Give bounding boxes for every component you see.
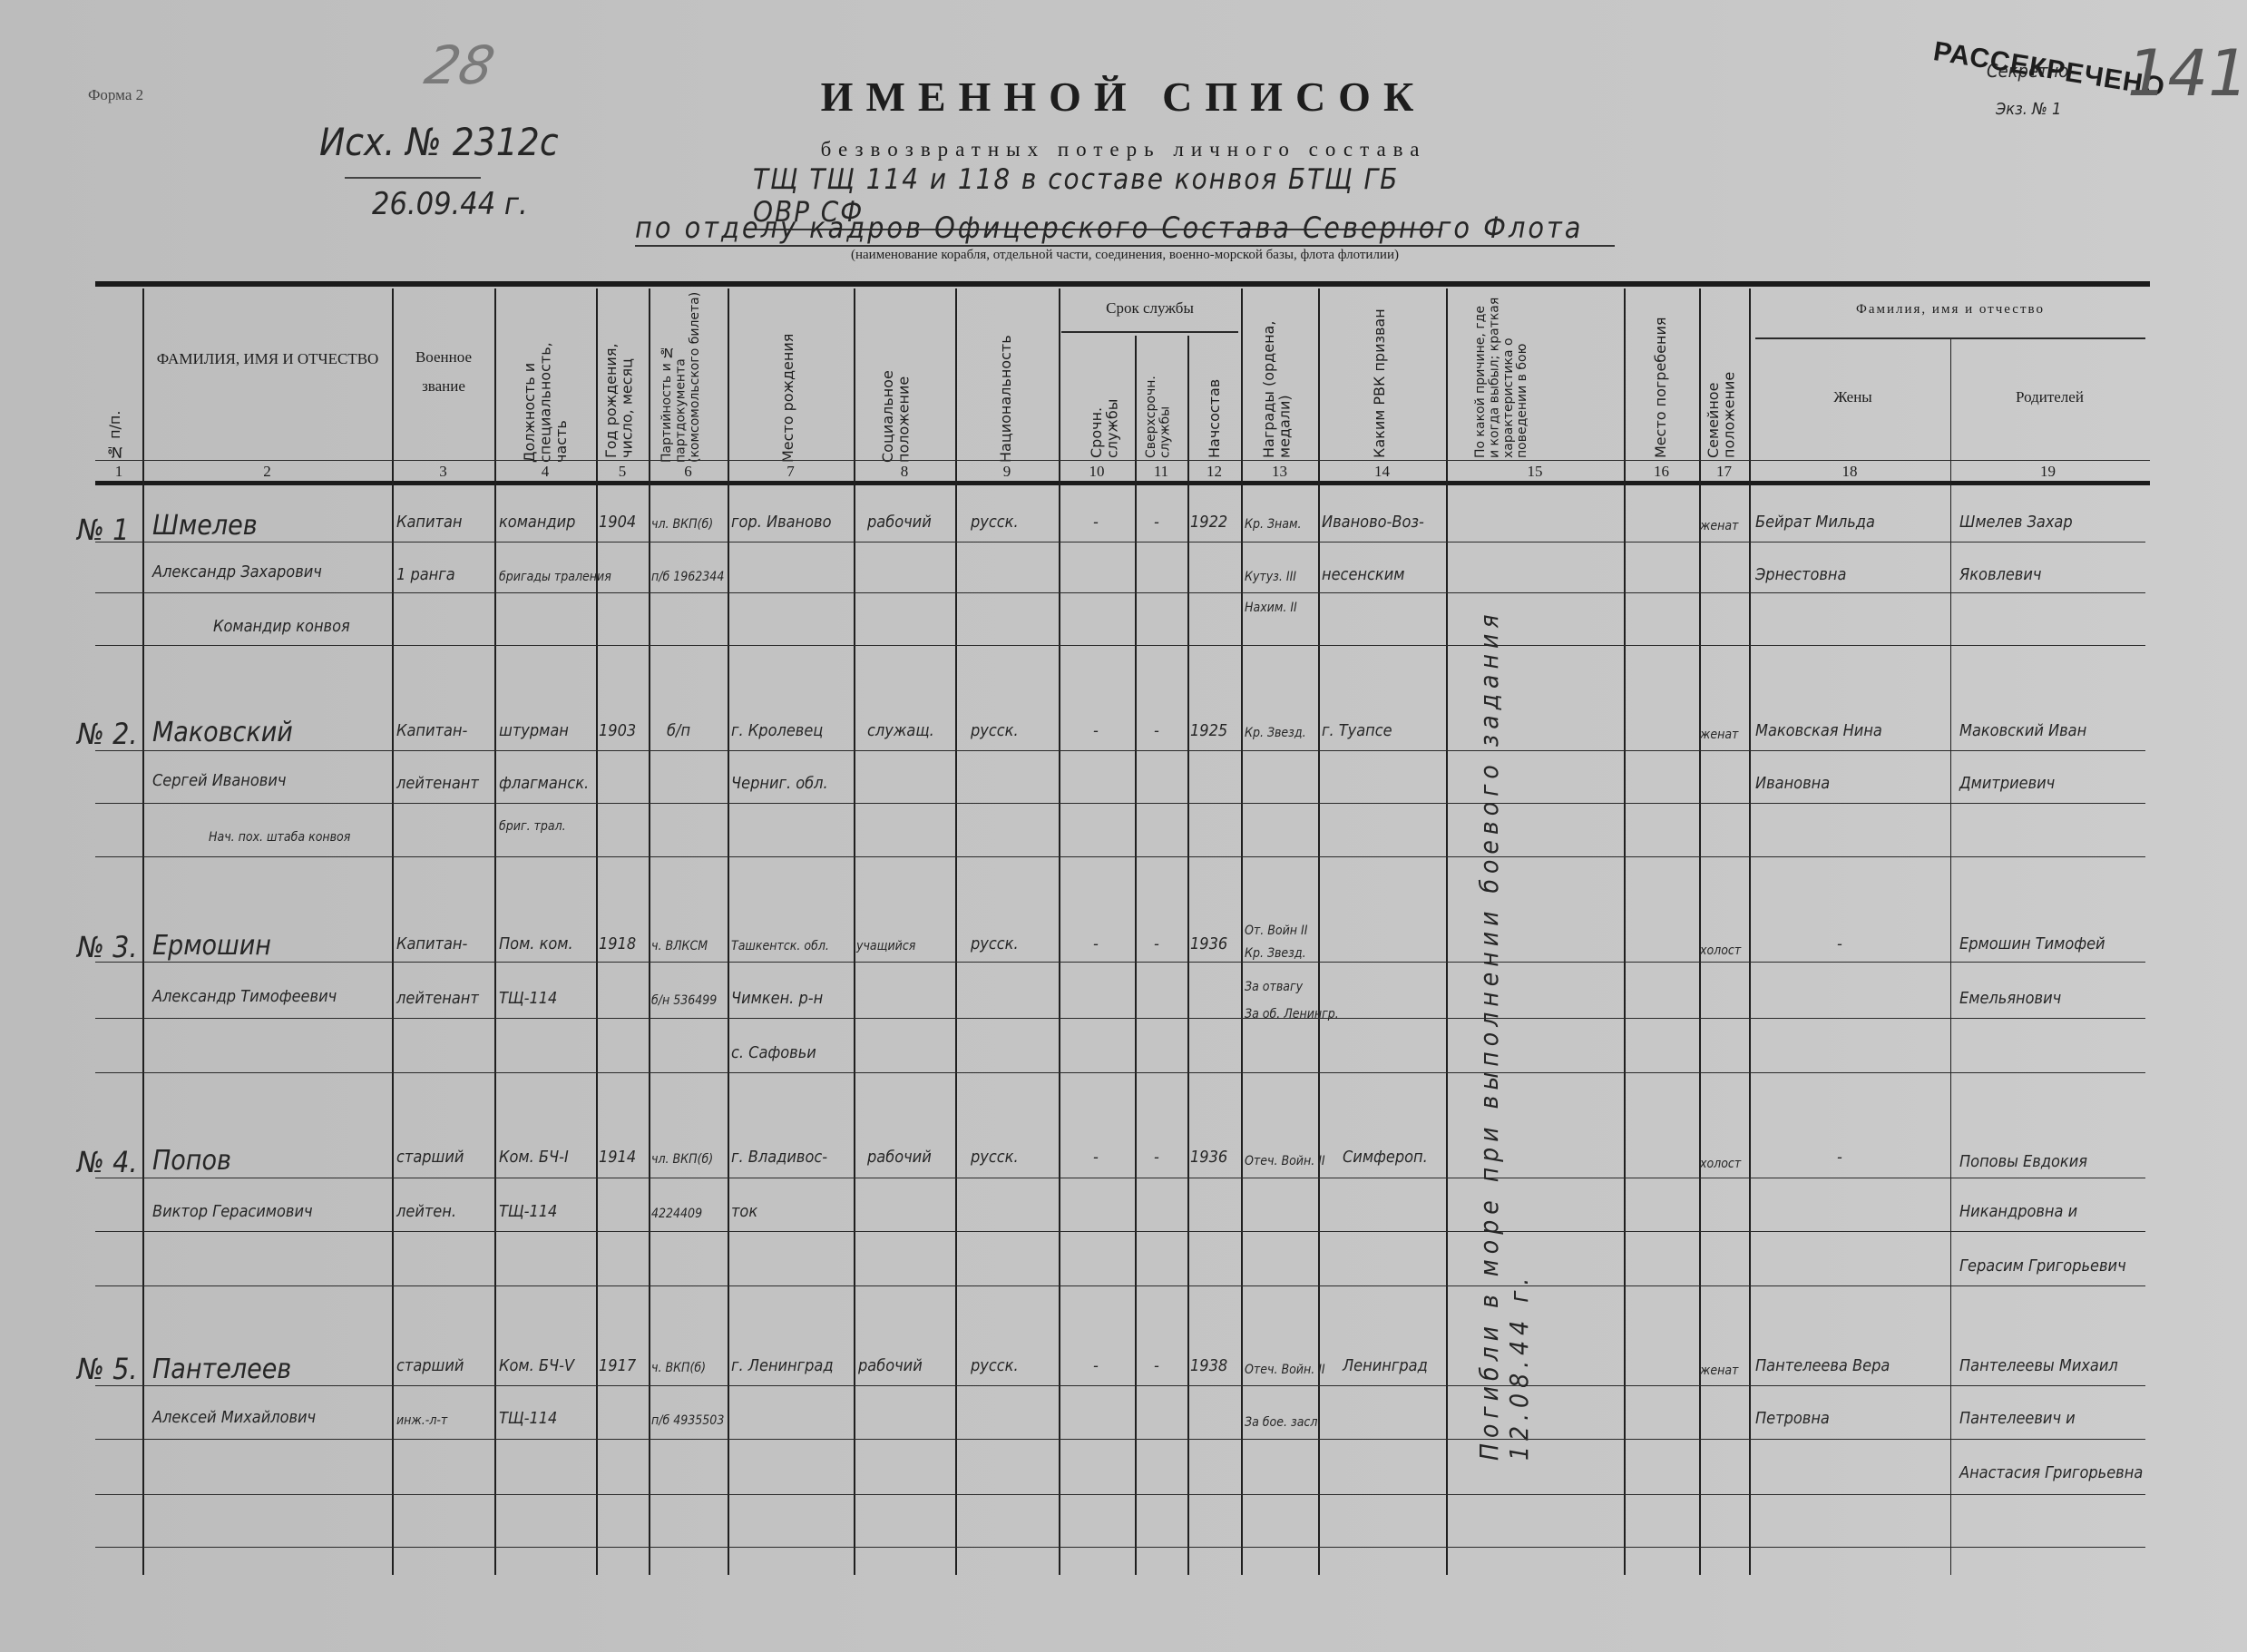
col-num-3: 3 bbox=[392, 463, 494, 481]
wife-name: Петровна bbox=[1755, 1409, 1830, 1428]
col-num-2: 2 bbox=[142, 463, 392, 481]
position: ТЩ-114 bbox=[499, 989, 557, 1008]
social-status: рабочий bbox=[867, 1148, 932, 1167]
row-line bbox=[95, 592, 2145, 593]
birthplace: Черниг. обл. bbox=[731, 774, 828, 793]
birthplace: ток bbox=[731, 1202, 757, 1221]
row-line bbox=[95, 803, 2145, 804]
row-line bbox=[95, 1285, 2145, 1286]
row-number: № 4. bbox=[77, 1145, 138, 1179]
family-status: женат bbox=[1700, 519, 1738, 533]
rvk: Симфероп. bbox=[1343, 1148, 1428, 1167]
row-line bbox=[95, 1385, 2145, 1386]
award: Кр. Звезд. bbox=[1245, 946, 1306, 961]
party: п/б 1962344 bbox=[651, 570, 724, 584]
position: ТЩ-114 bbox=[499, 1202, 557, 1221]
surname: Маковский bbox=[152, 717, 293, 748]
stamp-copy: Экз. № 1 bbox=[1996, 100, 2061, 119]
social-status: учащийся bbox=[856, 939, 915, 953]
first-name-patronymic: Виктор Герасимович bbox=[152, 1202, 313, 1221]
row-line bbox=[95, 856, 2145, 857]
party: 4224409 bbox=[651, 1207, 702, 1221]
award: За бое. засл. bbox=[1245, 1415, 1321, 1430]
col-divider bbox=[955, 288, 957, 1575]
parents-name: Поповы Евдокия bbox=[1959, 1152, 2087, 1171]
parents-name: Герасим Григорьевич bbox=[1959, 1256, 2126, 1276]
parents-name: Ермошин Тимофей bbox=[1959, 934, 2105, 953]
award: За отвагу bbox=[1245, 980, 1303, 994]
parents-name: Анастасия Григорьевна bbox=[1959, 1463, 2143, 1482]
header-col-4: Должность и специальность, часть bbox=[522, 299, 572, 463]
row-line bbox=[95, 645, 2145, 646]
col-num-11: 11 bbox=[1135, 463, 1187, 481]
col-num-16: 16 bbox=[1624, 463, 1699, 481]
document-title: ИМЕННОЙ СПИСОК bbox=[0, 73, 2247, 121]
parents-name: Яковлевич bbox=[1959, 565, 2041, 584]
unit-caption: (наименование корабля, отдельной части, … bbox=[635, 248, 1615, 263]
award: Отеч. Войн. II bbox=[1245, 1154, 1325, 1168]
col-num-18: 18 bbox=[1749, 463, 1950, 481]
rank: инж.-л-т bbox=[396, 1413, 447, 1428]
rank: старший bbox=[396, 1356, 464, 1375]
parents-name: Шмелев Захар bbox=[1959, 513, 2073, 532]
wife-name: Ивановна bbox=[1755, 774, 1830, 793]
header-col-2: ФАМИЛИЯ, ИМЯ И ОТЧЕСТВО bbox=[145, 345, 390, 374]
position: штурман bbox=[499, 721, 569, 740]
header-col-15: По какой причине, где и когда выбыл; кра… bbox=[1474, 295, 1592, 458]
rvk: Иваново-Воз- bbox=[1322, 513, 1424, 532]
cause-of-loss: Погибли в море при выполнении боевого за… bbox=[1474, 544, 1583, 1461]
header-col-17: Семейное положение bbox=[1705, 299, 1742, 458]
outgoing-divider bbox=[345, 177, 481, 179]
social-status: служащ. bbox=[867, 721, 934, 740]
sverhsrochn: - bbox=[1154, 934, 1159, 953]
birthplace: г. Кролевец bbox=[731, 721, 823, 740]
header-col-19: Родителей bbox=[1952, 388, 2147, 406]
sverhsrochn: - bbox=[1154, 1148, 1159, 1167]
col-divider bbox=[1059, 288, 1060, 1575]
col-divider bbox=[392, 288, 394, 1575]
header-col-6: Партийность и № партдокумента (комсомоль… bbox=[660, 288, 720, 463]
row-line bbox=[95, 1494, 2145, 1495]
srochn: - bbox=[1093, 513, 1099, 532]
position: флагманск. bbox=[499, 774, 589, 793]
row-note: Командир конвоя bbox=[213, 617, 350, 636]
col-divider bbox=[1749, 288, 1751, 1575]
row-line bbox=[95, 1547, 2145, 1548]
numbers-divider bbox=[95, 460, 2150, 461]
col-divider bbox=[1699, 288, 1701, 1575]
rvk: Ленинград bbox=[1343, 1356, 1428, 1375]
col-divider bbox=[1241, 288, 1243, 1575]
surname: Шмелев bbox=[152, 510, 258, 542]
rank: лейтенант bbox=[396, 774, 479, 793]
wife-name: - bbox=[1837, 934, 1842, 953]
row-number: № 2. bbox=[77, 717, 138, 751]
col-num-17: 17 bbox=[1699, 463, 1749, 481]
rank: лейтен. bbox=[396, 1202, 456, 1221]
party: б/п bbox=[667, 721, 690, 740]
wife-name: Маковская Нина bbox=[1755, 721, 1882, 740]
header-service-term: Срок службы bbox=[1061, 299, 1238, 318]
header-col-11: Сверхсрочн. службы bbox=[1145, 345, 1177, 458]
col-divider bbox=[1135, 336, 1137, 1575]
header-bottom-rule bbox=[95, 481, 2150, 485]
social-status: рабочий bbox=[858, 1356, 923, 1375]
col-divider bbox=[1446, 288, 1448, 1575]
position: Пом. ком. bbox=[499, 934, 573, 953]
parents-name: Маковский Иван bbox=[1959, 721, 2086, 740]
birth-year: 1903 bbox=[599, 721, 636, 740]
row-line bbox=[95, 1018, 2145, 1019]
row-number: № 1 bbox=[77, 513, 129, 547]
position: Ком. БЧ-I bbox=[499, 1148, 569, 1167]
rank: Капитан- bbox=[396, 721, 467, 740]
rank: лейтенант bbox=[396, 989, 479, 1008]
birth-year: 1914 bbox=[599, 1148, 636, 1167]
header-col-3: Военное звание bbox=[396, 343, 492, 402]
col-divider bbox=[728, 288, 729, 1575]
rank: старший bbox=[396, 1148, 464, 1167]
header-col-16: Место погребения bbox=[1653, 308, 1669, 458]
header-col-8: Социальное положение bbox=[880, 308, 925, 463]
social-status: рабочий bbox=[867, 513, 932, 532]
department-line: по отделу кадров Офицерского Состава Сев… bbox=[635, 210, 1615, 247]
nachsostav: 1938 bbox=[1190, 1356, 1227, 1375]
award: От. Войн II bbox=[1245, 924, 1307, 938]
sverhsrochn: - bbox=[1154, 1356, 1159, 1375]
nationality: русск. bbox=[971, 513, 1019, 532]
col-divider bbox=[596, 288, 598, 1575]
first-name-patronymic: Александр Тимофеевич bbox=[152, 987, 337, 1006]
family-status: холост bbox=[1700, 943, 1741, 958]
parents-name: Емельянович bbox=[1959, 989, 2061, 1008]
col-divider bbox=[1950, 338, 1951, 1575]
wife-name: Бейрат Мильда bbox=[1755, 513, 1875, 532]
award: Отеч. Войн. II bbox=[1245, 1363, 1325, 1377]
row-number: № 5. bbox=[77, 1352, 138, 1386]
position: Ком. БЧ-V bbox=[499, 1356, 574, 1375]
srochn: - bbox=[1093, 1356, 1099, 1375]
family-status: холост bbox=[1700, 1157, 1741, 1171]
col-num-13: 13 bbox=[1241, 463, 1318, 481]
award: За об. Ленингр. bbox=[1245, 1007, 1339, 1022]
position: бригады траления bbox=[499, 570, 611, 584]
rank: Капитан- bbox=[396, 934, 467, 953]
award: Кр. Знам. bbox=[1245, 517, 1301, 532]
parents-name: Пантелеевич и bbox=[1959, 1409, 2076, 1428]
wife-name: Пантелеева Вера bbox=[1755, 1356, 1890, 1375]
position: ТЩ-114 bbox=[499, 1409, 557, 1428]
position: командир bbox=[499, 513, 575, 532]
nachsostav: 1936 bbox=[1190, 934, 1227, 953]
family-status: женат bbox=[1700, 728, 1738, 742]
group-divider bbox=[1755, 337, 2145, 339]
surname: Попов bbox=[152, 1145, 231, 1177]
birthplace: гор. Иваново bbox=[731, 513, 832, 532]
row-line bbox=[95, 750, 2145, 751]
col-divider bbox=[494, 288, 496, 1575]
document-subtitle: безвозвратных потерь личного состава bbox=[0, 138, 2247, 161]
parents-name: Никандровна и bbox=[1959, 1202, 2077, 1221]
col-num-1: 1 bbox=[95, 463, 142, 481]
row-line bbox=[95, 1178, 2145, 1178]
parents-name: Пантелеевы Михаил bbox=[1959, 1356, 2118, 1375]
col-num-19: 19 bbox=[1950, 463, 2145, 481]
nationality: русск. bbox=[971, 1148, 1019, 1167]
document-page: Форма 2 28 Исх. № 2312с 26.09.44 г. ИМЕН… bbox=[0, 0, 2247, 1652]
nachsostav: 1936 bbox=[1190, 1148, 1227, 1167]
birth-year: 1917 bbox=[599, 1356, 636, 1375]
wife-name: - bbox=[1837, 1148, 1842, 1167]
first-name-patronymic: Сергей Иванович bbox=[152, 771, 286, 790]
award: Нахим. II bbox=[1245, 601, 1297, 615]
rvk: несенским bbox=[1322, 565, 1404, 584]
row-line bbox=[95, 962, 2145, 963]
header-family-names: Фамилия, имя и отчество bbox=[1755, 302, 2145, 318]
srochn: - bbox=[1093, 721, 1099, 740]
wife-name: Эрнестовна bbox=[1755, 565, 1846, 584]
first-name-patronymic: Алексей Михайлович bbox=[152, 1408, 316, 1427]
col-divider bbox=[1318, 288, 1320, 1575]
family-status: женат bbox=[1700, 1364, 1738, 1378]
header-col-1: № п/п. bbox=[107, 381, 123, 461]
rvk: г. Туапсе bbox=[1322, 721, 1392, 740]
row-line bbox=[95, 542, 2145, 543]
party: б/н 536499 bbox=[651, 993, 717, 1008]
srochn: - bbox=[1093, 934, 1099, 953]
col-num-14: 14 bbox=[1318, 463, 1446, 481]
nationality: русск. bbox=[971, 721, 1019, 740]
group-divider bbox=[1061, 331, 1238, 333]
nachsostav: 1922 bbox=[1190, 513, 1227, 532]
row-line bbox=[95, 1072, 2145, 1073]
outgoing-date: 26.09.44 г. bbox=[372, 186, 528, 222]
surname: Пантелеев bbox=[152, 1354, 291, 1385]
col-num-12: 12 bbox=[1187, 463, 1241, 481]
col-divider bbox=[854, 288, 855, 1575]
birth-year: 1918 bbox=[599, 934, 636, 953]
surname: Ермошин bbox=[152, 930, 271, 962]
table-top-rule bbox=[95, 281, 2150, 287]
col-num-9: 9 bbox=[955, 463, 1059, 481]
nachsostav: 1925 bbox=[1190, 721, 1227, 740]
birth-year: 1904 bbox=[599, 513, 636, 532]
birthplace: Чимкен. р-н bbox=[731, 989, 823, 1008]
col-num-10: 10 bbox=[1059, 463, 1135, 481]
col-divider bbox=[142, 288, 144, 1575]
sheet-number: 141 bbox=[2127, 36, 2247, 111]
row-line bbox=[95, 1439, 2145, 1440]
award: Кр. Звезд. bbox=[1245, 726, 1306, 740]
nationality: русск. bbox=[971, 934, 1019, 953]
col-divider bbox=[649, 288, 650, 1575]
party: п/б 4935503 bbox=[651, 1413, 724, 1428]
rank: Капитан bbox=[396, 513, 462, 532]
col-num-4: 4 bbox=[494, 463, 596, 481]
position: бриг. трал. bbox=[499, 819, 566, 834]
sverhsrochn: - bbox=[1154, 513, 1159, 532]
birthplace: с. Сафовьи bbox=[731, 1043, 816, 1062]
col-num-5: 5 bbox=[596, 463, 649, 481]
award: Кутуз. III bbox=[1245, 570, 1296, 584]
col-num-8: 8 bbox=[854, 463, 955, 481]
col-divider bbox=[1187, 336, 1189, 1575]
header-col-10: Срочн. службы bbox=[1089, 345, 1120, 458]
srochn: - bbox=[1093, 1148, 1099, 1167]
party: чл. ВКП(б) bbox=[651, 517, 713, 532]
birthplace: г. Ленинград bbox=[731, 1356, 834, 1375]
col-num-6: 6 bbox=[649, 463, 728, 481]
parents-name: Дмитриевич bbox=[1959, 774, 2055, 793]
birthplace: г. Владивос- bbox=[731, 1148, 827, 1167]
col-divider bbox=[1624, 288, 1626, 1575]
first-name-patronymic: Александр Захарович bbox=[152, 562, 322, 582]
birthplace: Ташкентск. обл. bbox=[731, 939, 829, 953]
header-col-7: Место рождения bbox=[780, 308, 796, 463]
col-num-15: 15 bbox=[1446, 463, 1624, 481]
party: ч. ВЛКСМ bbox=[651, 939, 708, 953]
nationality: русск. bbox=[971, 1356, 1019, 1375]
rank: 1 ранга bbox=[396, 565, 455, 584]
header-col-13: Награды (ордена, медали) bbox=[1261, 304, 1297, 458]
party: чл. ВКП(б) bbox=[651, 1152, 713, 1167]
sverhsrochn: - bbox=[1154, 721, 1159, 740]
header-col-9: Национальность bbox=[998, 308, 1014, 463]
row-number: № 3. bbox=[77, 930, 138, 964]
row-line bbox=[95, 1231, 2145, 1232]
row-note: Нач. пох. штаба конвоя bbox=[209, 830, 350, 845]
party: ч. ВКП(б) bbox=[651, 1361, 706, 1375]
header-col-5: Год рождения, число, месяц bbox=[603, 322, 643, 458]
col-num-7: 7 bbox=[728, 463, 854, 481]
header-col-14: Каким РВК призван bbox=[1372, 304, 1388, 458]
header-col-12: Начсостав bbox=[1207, 354, 1223, 458]
header-col-18: Жены bbox=[1755, 388, 1950, 406]
